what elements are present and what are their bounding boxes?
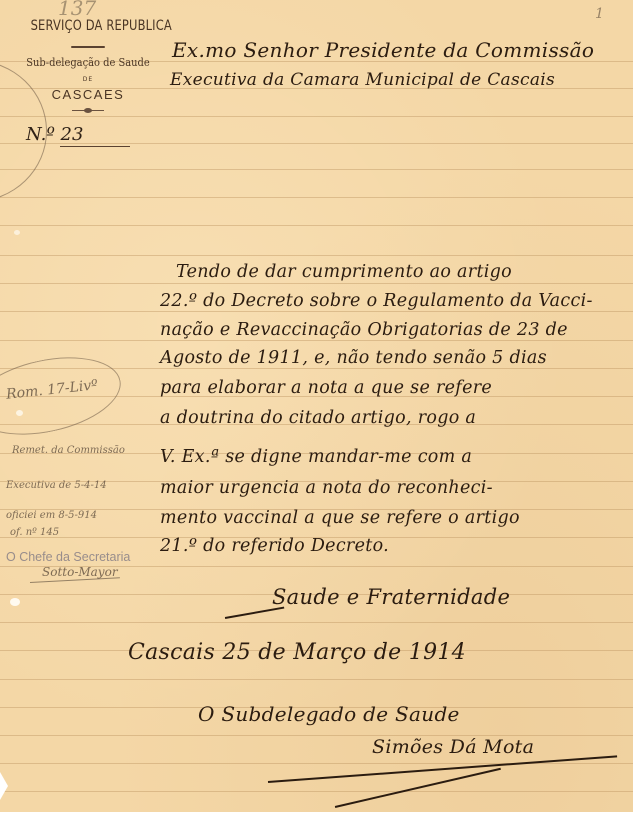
body-line: Tendo de dar cumprimento ao artigo: [176, 262, 512, 282]
ruled-line: [0, 735, 633, 736]
body-line: para elaborar a nota a que se refere: [160, 378, 492, 398]
letterhead-divider: [71, 46, 105, 48]
letterhead-ornament: [72, 110, 104, 111]
ruled-line: [0, 622, 633, 623]
ruled-line: [0, 225, 633, 226]
document-number: N.º 23: [26, 124, 83, 145]
body-line: 22.º do Decreto sobre o Regulamento da V…: [160, 291, 593, 311]
signature-flourish: [268, 755, 617, 782]
closing-salutation: Saude e Fraternidade: [272, 585, 510, 609]
letterhead-de: DE: [18, 76, 158, 83]
body-line: mento vaccinal a que se refere o artigo: [160, 508, 520, 528]
margin-note-line: of. nº 145: [10, 527, 59, 538]
margin-note-line: oficiei em 8-5-914: [6, 510, 97, 521]
ruled-line: [0, 791, 633, 792]
margin-initials: Sotto-Mayor: [42, 565, 118, 579]
ruled-line: [0, 763, 633, 764]
letter-page: 137 1 SERVIÇO DA REPUBLICA Sub-delegação…: [0, 0, 633, 812]
ruled-line: [0, 116, 633, 117]
punch-hole: [14, 230, 20, 235]
punch-hole: [10, 598, 20, 606]
body-line: a doutrina do citado artigo, rogo a: [160, 408, 476, 428]
ruled-line: [0, 255, 633, 256]
signatory-title: O Subdelegado de Saude: [198, 702, 460, 726]
body-line: V. Ex.ª se digne mandar-me com a: [160, 447, 472, 467]
letterhead-subtitle: Sub-delegação de Saude: [25, 56, 151, 69]
place-date: Cascais 25 de Março de 1914: [128, 640, 466, 665]
punch-hole: [16, 410, 23, 416]
body-line: nação e Revaccinação Obrigatorias de 23 …: [160, 320, 568, 340]
letterhead-title: SERVIÇO DA REPUBLICA: [31, 18, 146, 34]
closing-flourish: [225, 607, 284, 619]
body-line: Agosto de 1911, e, não tendo senão 5 dia…: [160, 348, 547, 368]
letterhead: SERVIÇO DA REPUBLICA Sub-delegação de Sa…: [18, 14, 158, 111]
number-underline: [60, 146, 130, 147]
body-line: 21.º do referido Decreto.: [160, 536, 389, 556]
margin-note-line: Remet. da Commissão: [12, 445, 125, 456]
ruled-line: [0, 197, 633, 198]
address-line-2: Executiva da Camara Municipal de Cascais: [170, 70, 555, 90]
ruled-line: [0, 679, 633, 680]
ruled-line: [0, 311, 633, 312]
ruled-line: [0, 340, 633, 341]
torn-edge: [0, 772, 8, 800]
ruled-line: [0, 283, 633, 284]
signature: Simões Dá Mota: [372, 736, 534, 758]
secretary-stamp: O Chefe da Secretaria: [6, 550, 130, 564]
page-number: 1: [595, 6, 604, 22]
letterhead-city: CASCAES: [18, 87, 158, 102]
margin-note-line: Executiva de 5-4-14: [6, 480, 107, 491]
body-line: maior urgencia a nota do reconheci-: [160, 478, 493, 498]
address-line-1: Ex.mo Senhor Presidente da Commissão: [172, 38, 594, 62]
ruled-line: [0, 169, 633, 170]
ruled-line: [0, 143, 633, 144]
